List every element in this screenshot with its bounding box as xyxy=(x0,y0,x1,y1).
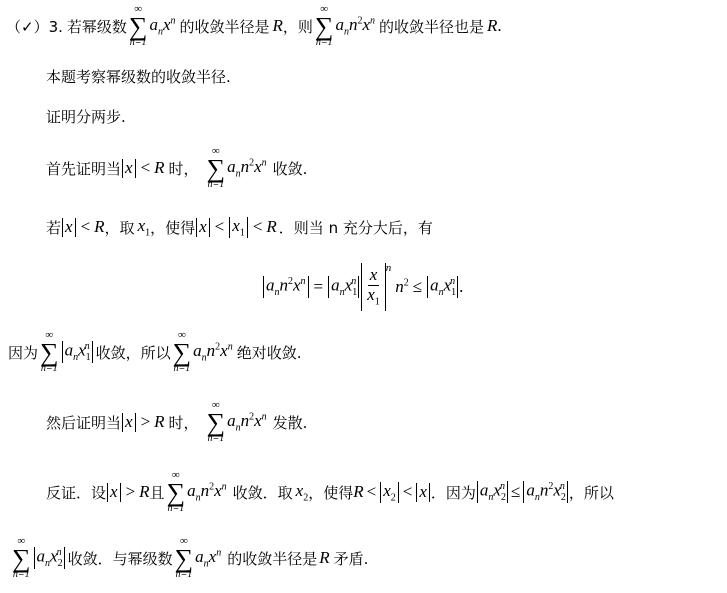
sum-symbol: ∞∑n=1 xyxy=(315,4,334,48)
sum-symbol: ∞∑n=1 xyxy=(207,400,226,444)
sum-symbol: ∞∑n=1 xyxy=(167,470,186,514)
sum-symbol: ∞∑n=1 xyxy=(12,536,31,580)
abs-x: x xyxy=(122,159,136,178)
text-line: 首先证明当 x < R 时， ∞∑n=1 ann2xn 收敛. xyxy=(46,146,307,190)
text-line: 然后证明当 x > R 时， ∞∑n=1 ann2xn 发散. xyxy=(46,400,307,444)
text-line: 若 x < R ，取 x1 ，使得 x < x1 < R ．则当 n 充分大后，… xyxy=(46,216,433,238)
sum-symbol: ∞∑n=1 xyxy=(175,536,194,580)
sum-symbol: ∞∑n=1 xyxy=(129,4,148,48)
math-term: ann2xn xyxy=(335,15,375,37)
display-equation: ann2xn = anx1n xx1 n n2 ≤ anx1n . xyxy=(262,262,463,312)
problem-statement: （✓）3. 若幂级数 ∞∑n=1 anxn 的收敛半径是 R ，则 ∞∑n=1 … xyxy=(6,4,502,48)
sum-symbol: ∞∑n=1 xyxy=(173,330,192,374)
text-line: 证明分两步. xyxy=(46,106,126,127)
text-line: 本题考察幂级数的收敛半径. xyxy=(46,66,231,87)
text-line: 因为 ∞∑n=1 anx1n 收敛，所以 ∞∑n=1 ann2xn 绝对收敛. xyxy=(8,330,302,374)
text-line: ∞∑n=1 anx2n 收敛．与幂级数 ∞∑n=1 anxn 的收敛半径是 R … xyxy=(10,536,368,580)
sum-symbol: ∞∑n=1 xyxy=(207,146,226,190)
problem-marker: （✓）3. xyxy=(6,16,63,37)
math-term: anxn xyxy=(149,15,175,37)
sum-symbol: ∞∑n=1 xyxy=(40,330,59,374)
text-line: 反证．设 x > R 且 ∞∑n=1 ann2xn 收敛．取 x2 ，使得 R … xyxy=(46,470,614,514)
